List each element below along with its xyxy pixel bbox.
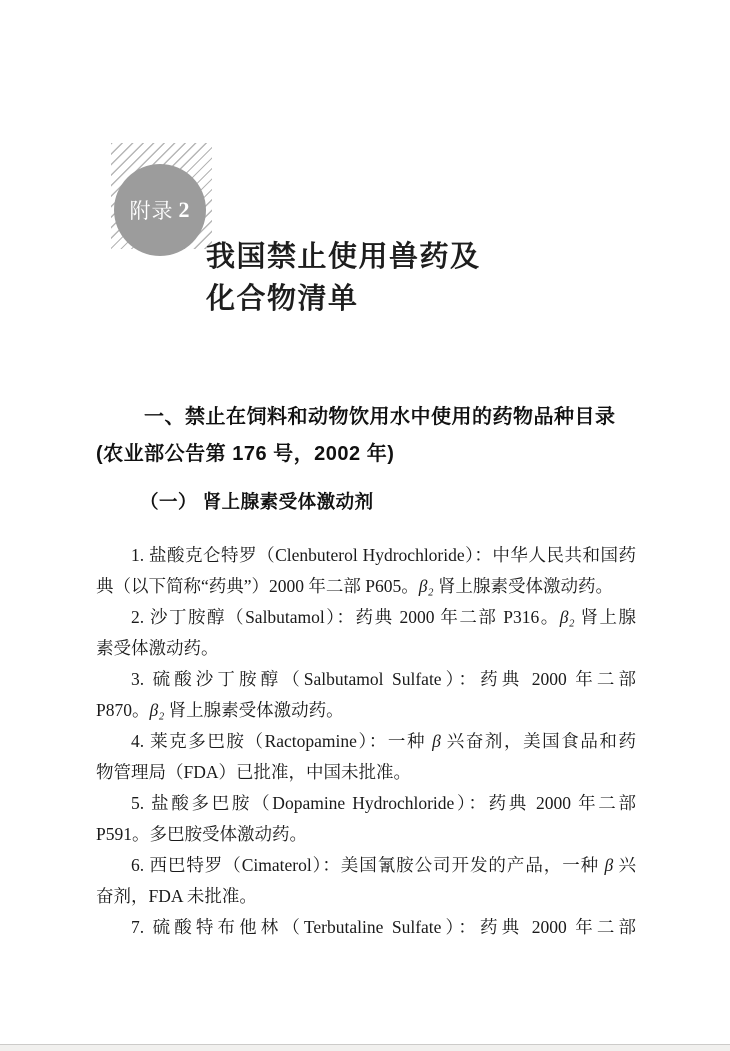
drug-list-item: 4. 莱克多巴胺（Ractopamine）：一种 β 兴奋剂，美国食品和药物管理…	[96, 726, 636, 788]
section-heading-line-1: 一、禁止在饲料和动物饮用水中使用的药物品种目录	[96, 399, 636, 436]
page-edge	[0, 1044, 730, 1051]
appendix-badge: 附录 2	[114, 164, 206, 256]
text-line: 5. 盐酸多巴胺（Dopamine Hydrochloride）：药典 2000…	[96, 788, 636, 819]
text-line: 物管理局（FDA）已批准，中国未批准。	[96, 757, 636, 788]
text-line: 2. 沙丁胺醇（Salbutamol）：药典 2000 年二部 P316。β₂ …	[96, 602, 636, 633]
drug-list-item: 1. 盐酸克仑特罗（Clenbuterol Hydrochloride）：中华人…	[96, 540, 636, 602]
text-line: 7. 硫酸特布他林（Terbutaline Sulfate）：药典 2000 年…	[96, 912, 636, 943]
text-line: P870。β₂ 肾上腺素受体激动药。	[96, 695, 636, 726]
body-paragraphs: 1. 盐酸克仑特罗（Clenbuterol Hydrochloride）：中华人…	[96, 540, 636, 943]
page-title-line-2: 化合物清单	[206, 278, 481, 320]
drug-list-item: 5. 盐酸多巴胺（Dopamine Hydrochloride）：药典 2000…	[96, 788, 636, 850]
section-heading-line-2: (农业部公告第 176 号，2002 年)	[96, 436, 636, 473]
appendix-badge-number: 2	[179, 197, 191, 223]
section-heading: 一、禁止在饲料和动物饮用水中使用的药物品种目录 (农业部公告第 176 号，20…	[96, 399, 636, 473]
text-line: 3. 硫酸沙丁胺醇（Salbutamol Sulfate）：药典 2000 年二…	[96, 664, 636, 695]
text-line: 典（以下简称“药典”）2000 年二部 P605。β₂ 肾上腺素受体激动药。	[96, 571, 636, 602]
drug-list-item: 3. 硫酸沙丁胺醇（Salbutamol Sulfate）：药典 2000 年二…	[96, 664, 636, 726]
appendix-badge-label: 附录	[130, 195, 174, 225]
drug-list-item: 7. 硫酸特布他林（Terbutaline Sulfate）：药典 2000 年…	[96, 912, 636, 943]
document-page: 附录 2 我国禁止使用兽药及 化合物清单 一、禁止在饲料和动物饮用水中使用的药物…	[0, 0, 730, 1051]
text-line: P591。多巴胺受体激动药。	[96, 819, 636, 850]
subsection-heading: （一） 肾上腺素受体激动剂	[96, 490, 636, 514]
page-title: 我国禁止使用兽药及 化合物清单	[206, 236, 481, 320]
drug-list-item: 6. 西巴特罗（Cimaterol）：美国氰胺公司开发的产品，一种 β 兴奋剂，…	[96, 850, 636, 912]
page-title-line-1: 我国禁止使用兽药及	[206, 236, 481, 278]
text-line: 素受体激动药。	[96, 633, 636, 664]
text-line: 1. 盐酸克仑特罗（Clenbuterol Hydrochloride）：中华人…	[96, 540, 636, 571]
drug-list-item: 2. 沙丁胺醇（Salbutamol）：药典 2000 年二部 P316。β₂ …	[96, 602, 636, 664]
text-line: 4. 莱克多巴胺（Ractopamine）：一种 β 兴奋剂，美国食品和药	[96, 726, 636, 757]
text-line: 6. 西巴特罗（Cimaterol）：美国氰胺公司开发的产品，一种 β 兴	[96, 850, 636, 881]
text-line: 奋剂，FDA 未批准。	[96, 881, 636, 912]
